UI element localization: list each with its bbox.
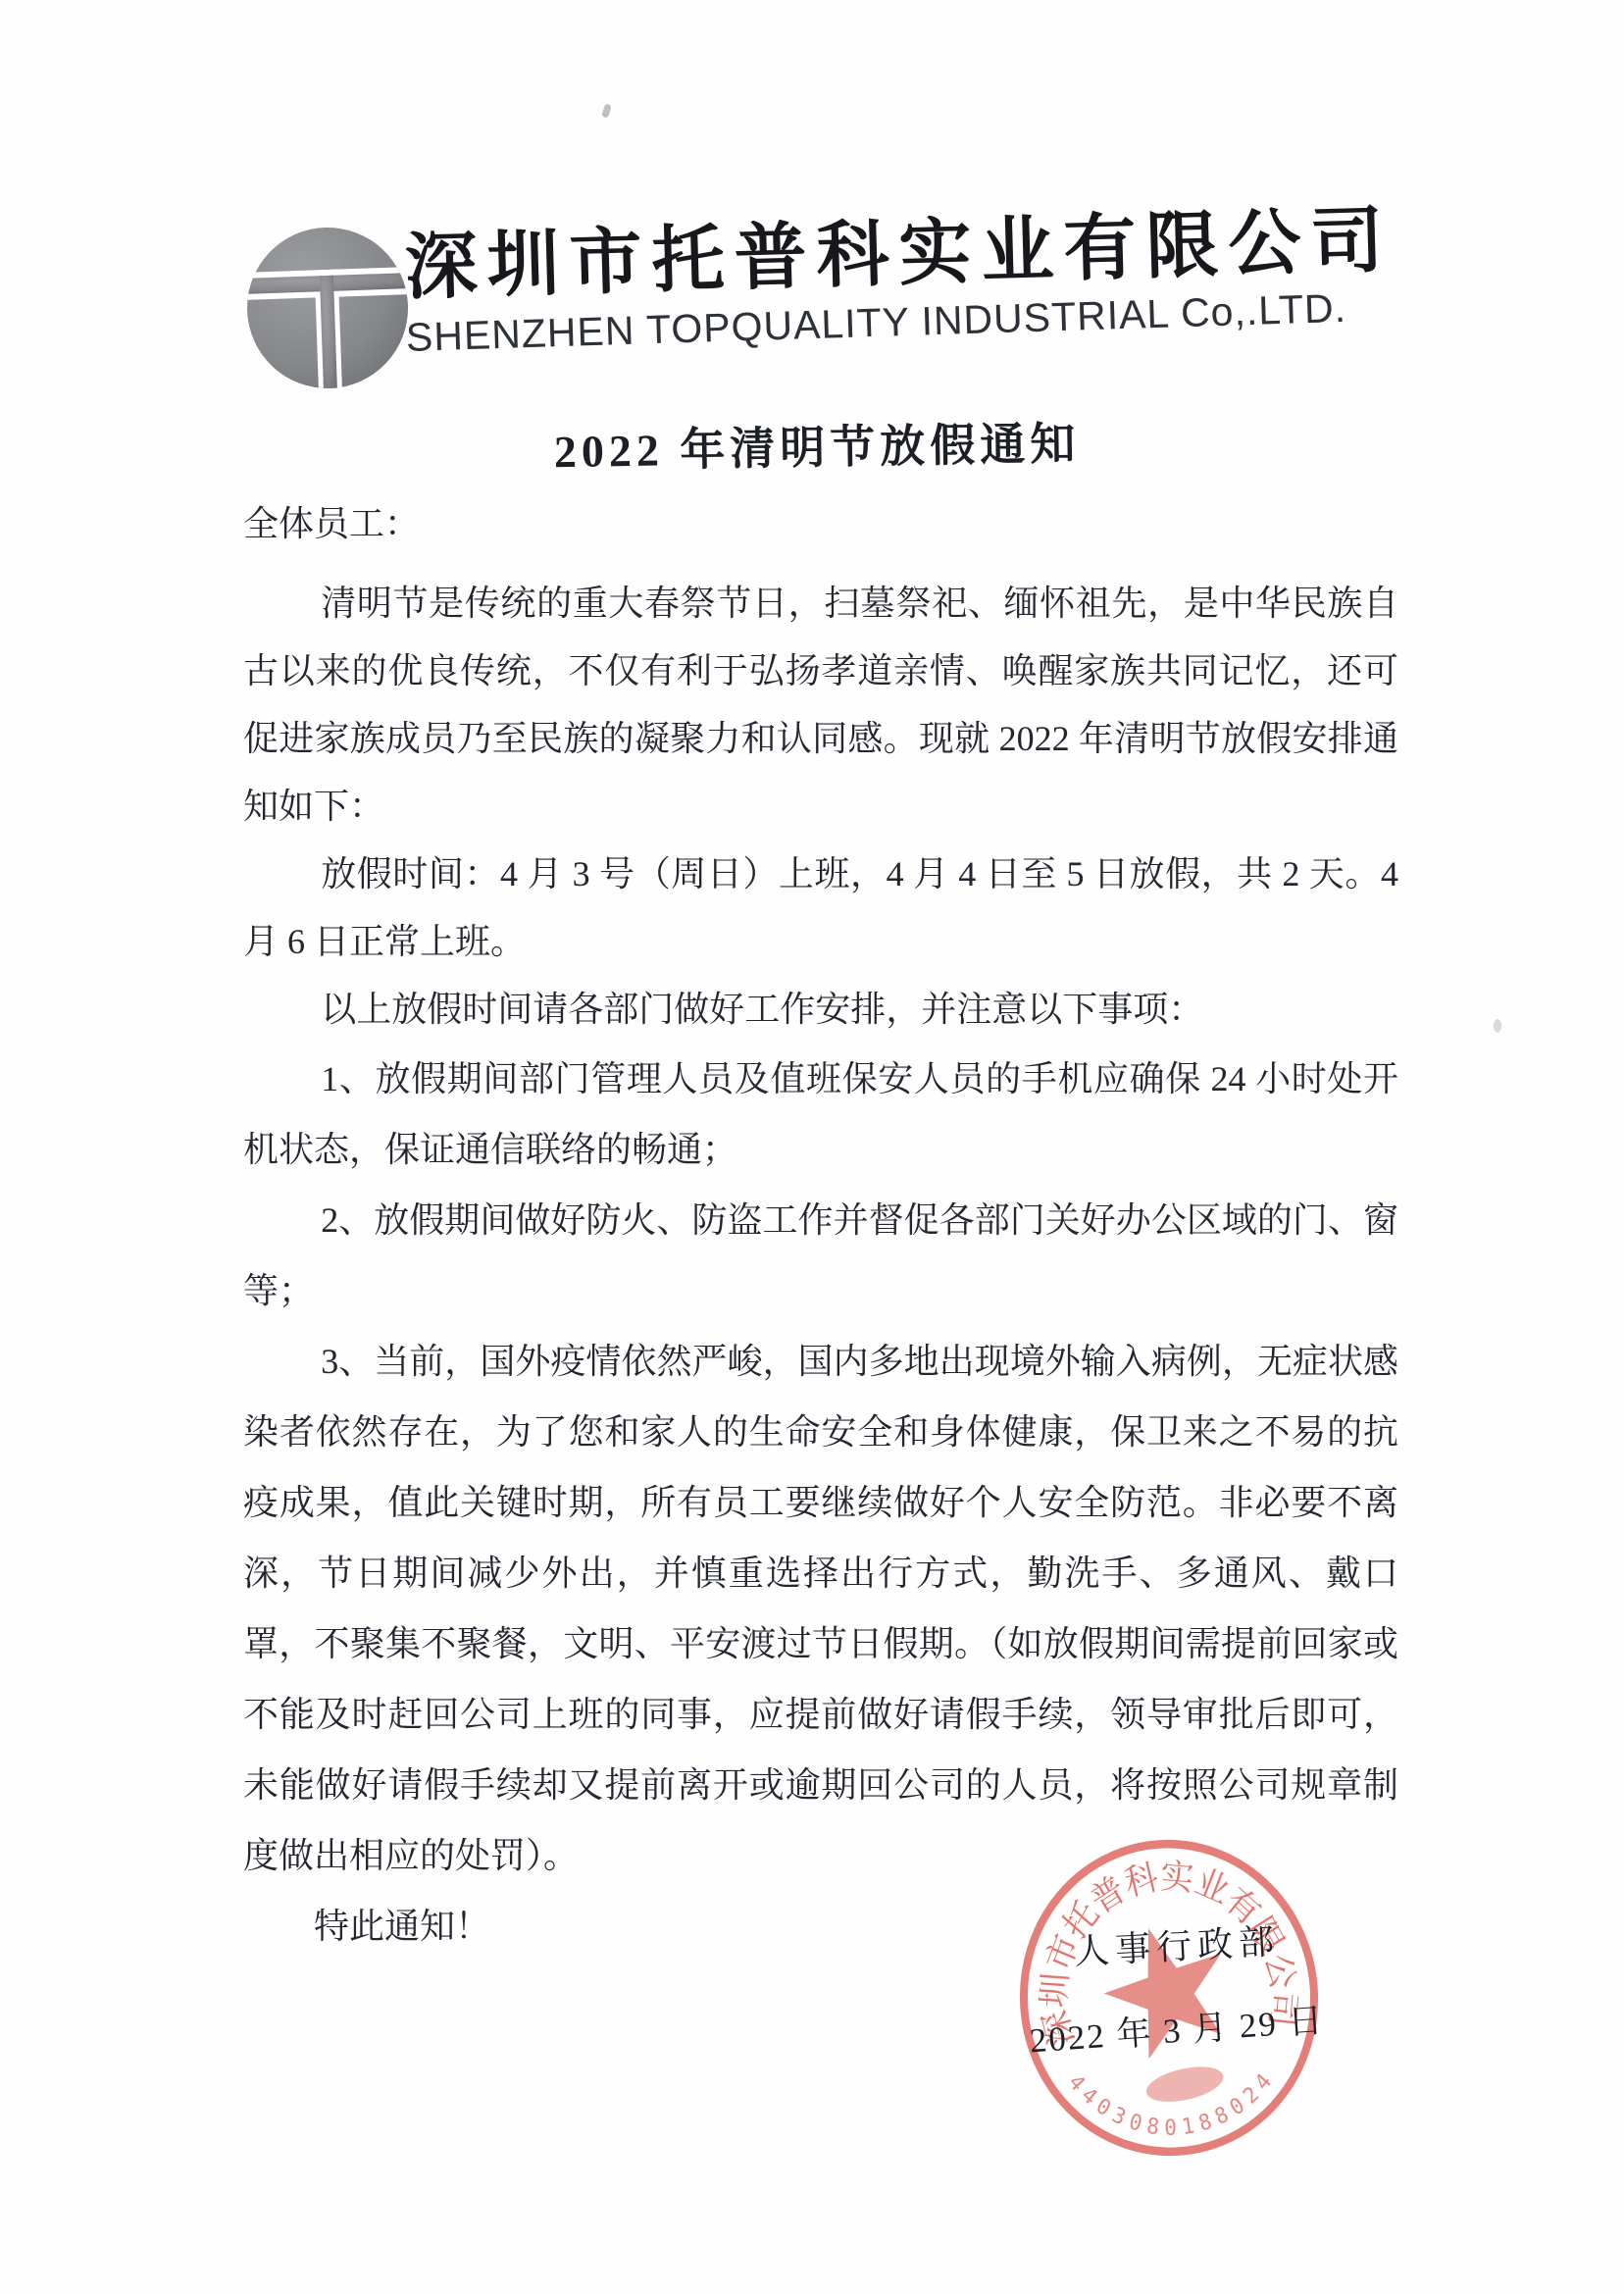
seal-serial-number: 4403080188024: [1062, 2057, 1280, 2149]
company-logo-icon: [240, 221, 415, 393]
paragraph-arrangement: 以上放假时间请各部门做好工作安排，并注意以下事项：: [243, 976, 1398, 1044]
notice-item-3: 3、当前，国外疫情依然严峻，国内多地出现境外输入病例，无症状感染者依然存在，为了…: [243, 1326, 1398, 1891]
notice-item-2: 2、放假期间做好防火、防盗工作并督促各部门关好办公区域的门、窗等；: [243, 1185, 1398, 1326]
paragraph-intro: 清明节是传统的重大春祭节日，扫墓祭祀、缅怀祖先，是中华民族自古以来的优良传统，不…: [243, 570, 1398, 841]
seal-ink-smudge: [1143, 2061, 1227, 2108]
notice-item-1: 1、放假期间部门管理人员及值班保安人员的手机应确保 24 小时处开机状态，保证通…: [243, 1044, 1398, 1185]
letterhead: 深圳市托普科实业有限公司 SHENZHEN TOPQUALITY INDUSTR…: [243, 224, 1395, 390]
signature-area: 深圳市托普科实业有限公司 4403080188024 人事行政部 2022 年 …: [986, 1810, 1368, 2212]
scan-speck: [1490, 1018, 1504, 1034]
company-name-block: 深圳市托普科实业有限公司 SHENZHEN TOPQUALITY INDUSTR…: [406, 224, 1395, 361]
paragraph-holiday-time: 放假时间：4 月 3 号（周日）上班，4 月 4 日至 5 日放假，共 2 天。…: [243, 841, 1398, 976]
notice-title: 2022 年清明节放假通知: [245, 403, 1390, 485]
notice-body: 全体员工： 清明节是传统的重大春祭节日，扫墓祭祀、缅怀祖先，是中华民族自古以来的…: [243, 490, 1398, 1962]
scanned-notice-page: 深圳市托普科实业有限公司 SHENZHEN TOPQUALITY INDUSTR…: [0, 0, 1624, 2294]
scan-speck: [601, 103, 612, 118]
salutation: 全体员工：: [243, 490, 1398, 558]
